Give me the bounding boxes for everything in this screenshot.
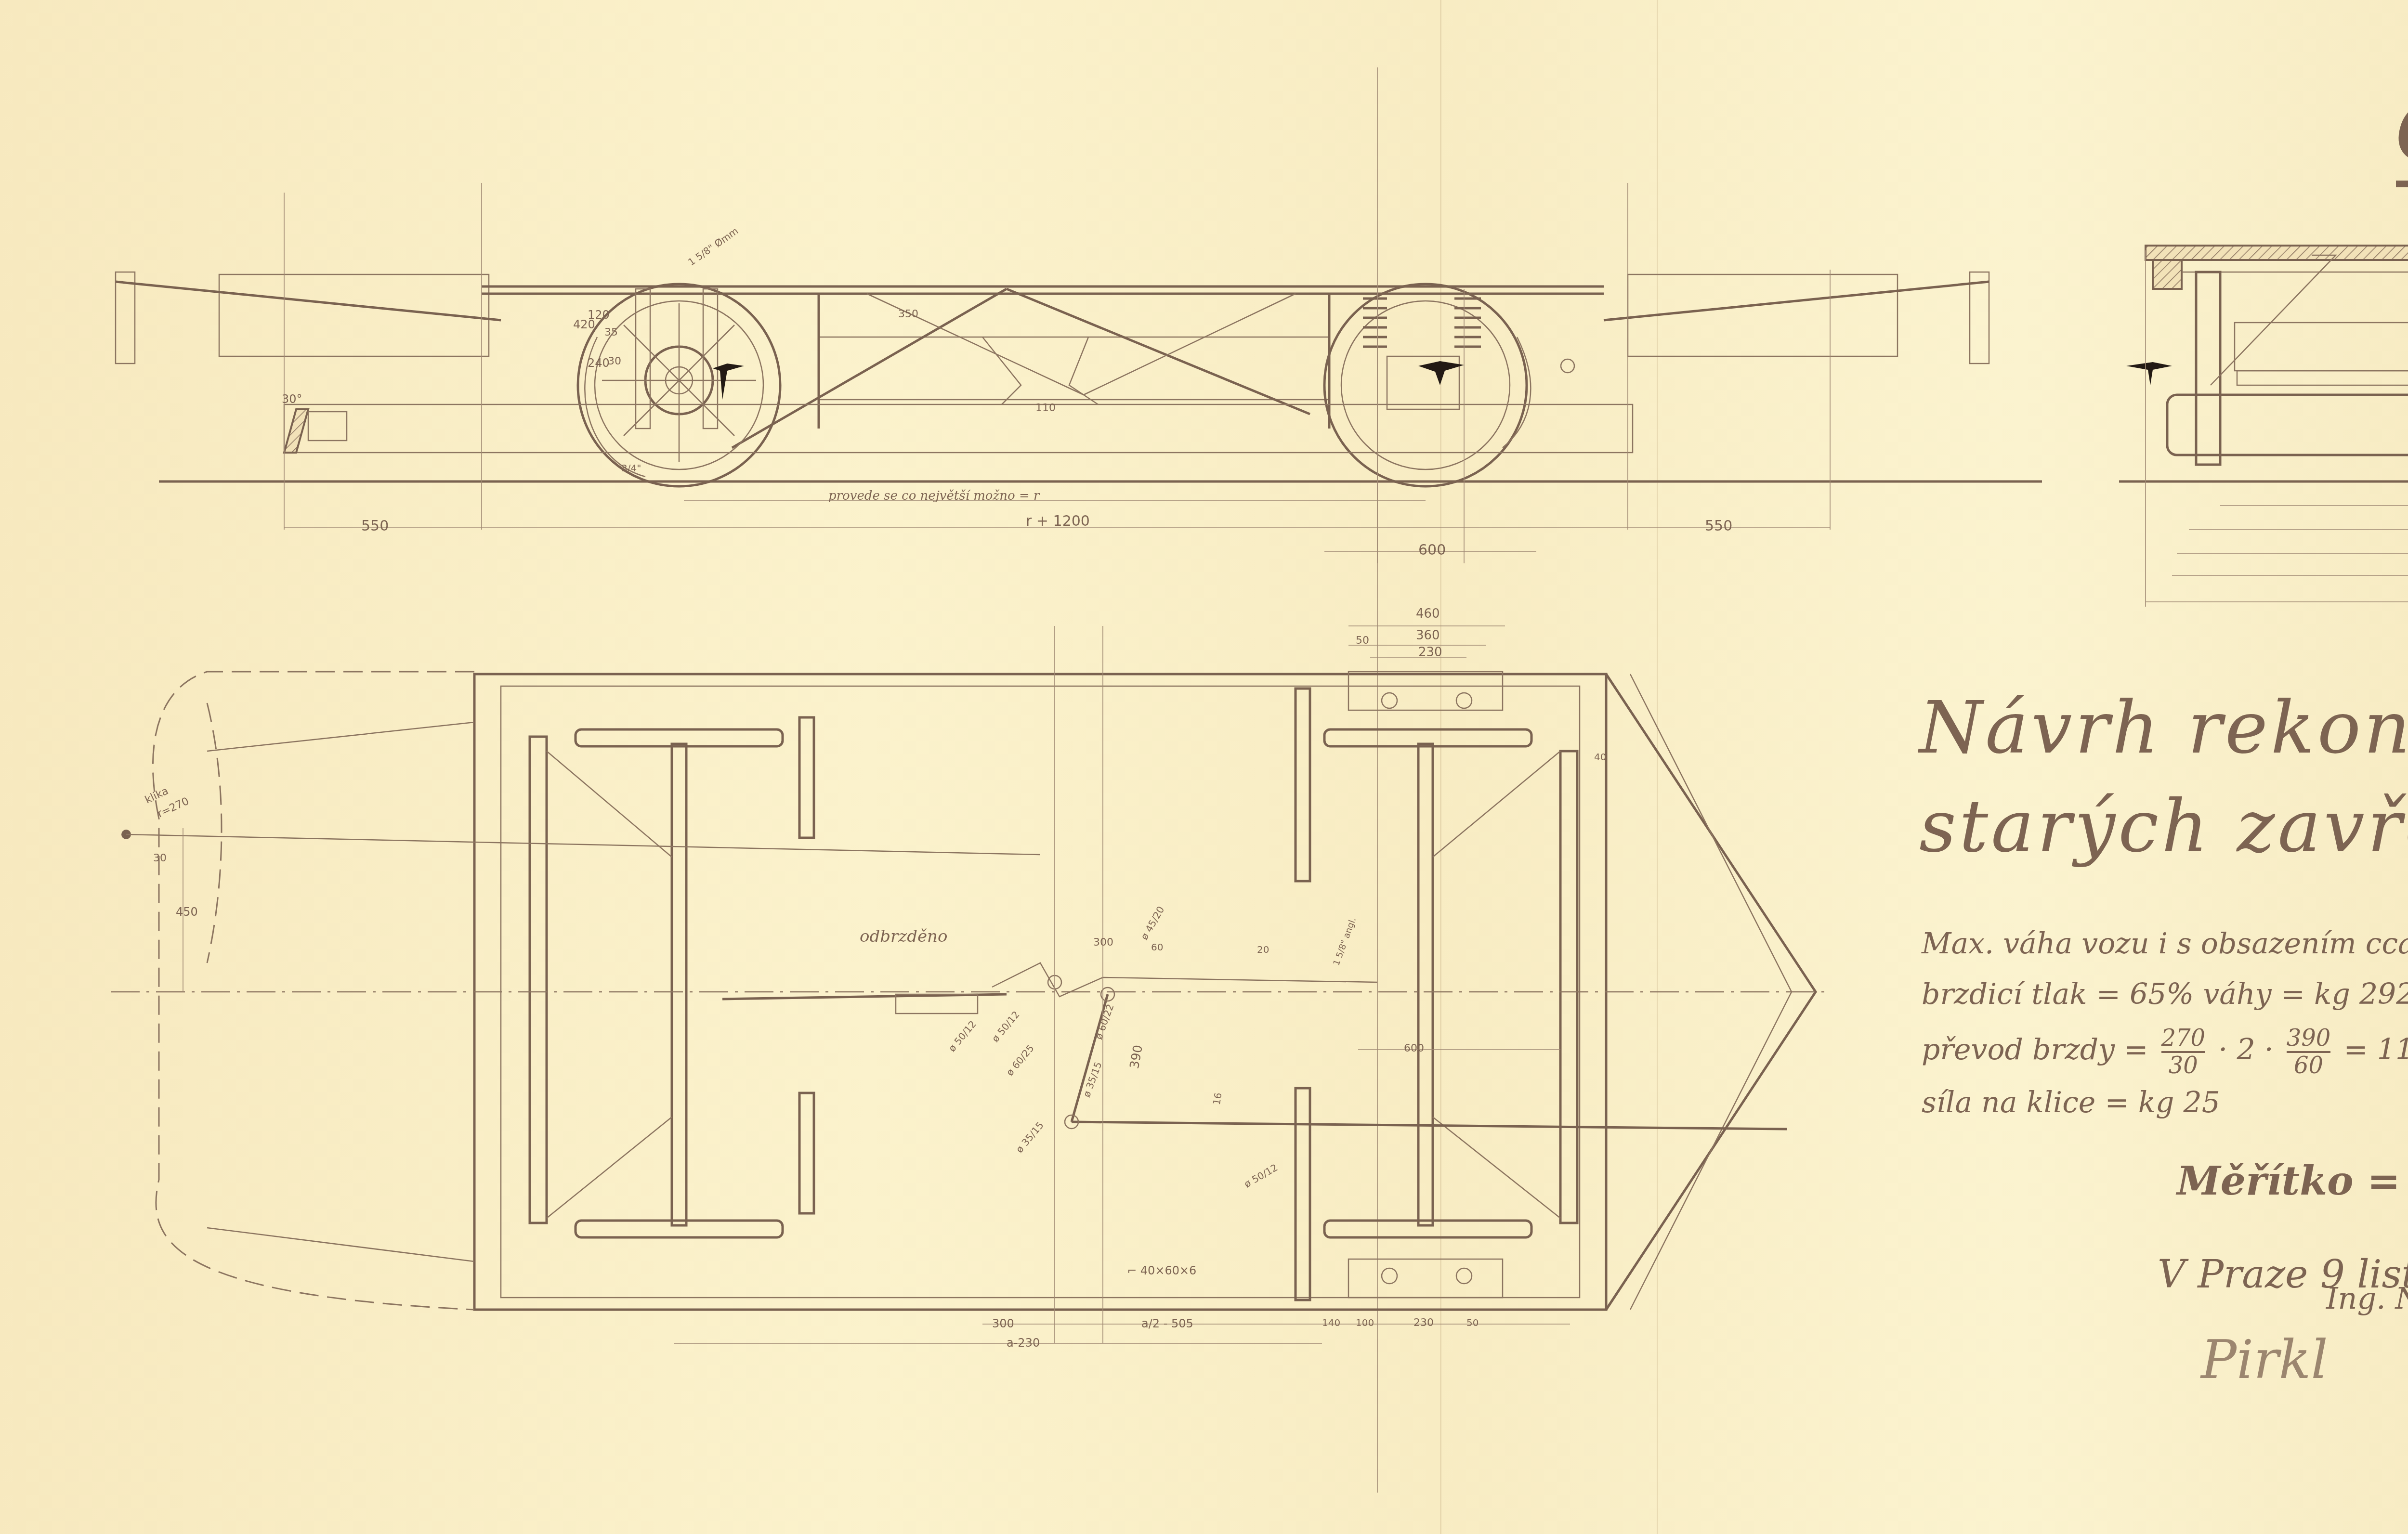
dim-vertical-350: 350 [898, 308, 918, 320]
dim-axlebox-460: 460 [1416, 607, 1440, 621]
brake-ratio-label: převod brzdy = [1922, 1033, 2148, 1066]
dim-wheel-240: 240 [588, 356, 610, 370]
author-name: Ing. Novotný. [2326, 1281, 2408, 1316]
dim-wheel-120: 120 [588, 308, 610, 322]
dim-linkage-600: 600 [1404, 1042, 1424, 1054]
fraction-denominator: 60 [2287, 1053, 2331, 1079]
signature: Pirkl [2201, 1329, 2328, 1391]
spec-max-weight: Max. váha vozu i s obsazením cca = kg 45… [1922, 927, 2408, 961]
profile-label: ⌐ 40×60×6 [1127, 1264, 1196, 1277]
brake-ratio-result: = 117 [2343, 1033, 2408, 1066]
dim-linkage-60: 60 [1151, 941, 1163, 953]
dim-linkage-16: 16 [1211, 1092, 1224, 1105]
dim-bottom-300: 300 [992, 1317, 1014, 1330]
spec-crank-force: síla na klice = kg 25 [1922, 1086, 2220, 1119]
side-view [116, 67, 2042, 1493]
dim-linkage-20: 20 [1257, 944, 1269, 955]
brake-ratio-fraction-1: 27030 [2161, 1026, 2206, 1079]
wheelbase-note: provede se co největší možno = r [828, 489, 1039, 503]
dim-side-right-550: 550 [1705, 518, 1732, 534]
drawing-scale: Měřítko = 1 : 10 [2177, 1158, 2408, 1204]
fraction-numerator: 390 [2287, 1026, 2331, 1053]
dim-brake-110: 110 [1035, 402, 1056, 414]
fraction-denominator: 30 [2161, 1053, 2206, 1079]
crank-height-450: 450 [176, 905, 198, 919]
dim-buffer-angle: 30° [282, 392, 302, 406]
dim-bottom-100: 100 [1356, 1317, 1374, 1328]
dim-axlebox-360: 360 [1416, 628, 1440, 643]
dim-bottom-50: 50 [1466, 1317, 1479, 1328]
dim-bottom-a-half-505: a/2 - 505 [1141, 1317, 1193, 1330]
brake-state-label: odbrzděno [860, 927, 947, 946]
brake-ratio-multiplier: · 2 · [2218, 1033, 2273, 1066]
spec-brake-pressure: brzdicí tlak = 65% váhy = kg 2920·– [1922, 977, 2408, 1011]
fraction-numerator: 270 [2161, 1026, 2206, 1053]
dim-bottom-230: 230 [1413, 1317, 1434, 1329]
dim-wheel-3-4: 3/4" [621, 462, 641, 474]
dim-axlebox-230: 230 [1418, 645, 1442, 660]
dim-side-r-plus-1200: r + 1200 [1026, 513, 1090, 530]
plan-view [111, 626, 1830, 1343]
dim-wheel-30: 30 [608, 355, 621, 367]
dim-wheel-35: 35 [604, 326, 618, 338]
dim-axlebox-50: 50 [1356, 635, 1369, 647]
brake-ratio-fraction-2: 39060 [2287, 1026, 2331, 1079]
crank-offset-30: 30 [153, 852, 167, 864]
title-line-1: Návrh rekonstrukce [1919, 686, 2408, 770]
dim-bottom-a-minus-230: a-230 [1007, 1336, 1040, 1350]
dim-side-600: 600 [1418, 542, 1446, 559]
document-number-prefix: Č. [2396, 84, 2408, 181]
title-line-2: starých zavřených vleč. vozů. [1919, 785, 2408, 869]
spec-brake-ratio: převod brzdy = 27030 · 2 · 39060 = 117 [1922, 1026, 2408, 1079]
end-section-view [2119, 241, 2408, 607]
dim-side-left-550: 550 [361, 518, 389, 534]
dim-linkage-300: 300 [1093, 936, 1113, 949]
dim-side-40: 40 [1594, 751, 1606, 763]
dim-bottom-140: 140 [1322, 1317, 1340, 1328]
document-number: Č.=608./ja [2396, 84, 2408, 181]
